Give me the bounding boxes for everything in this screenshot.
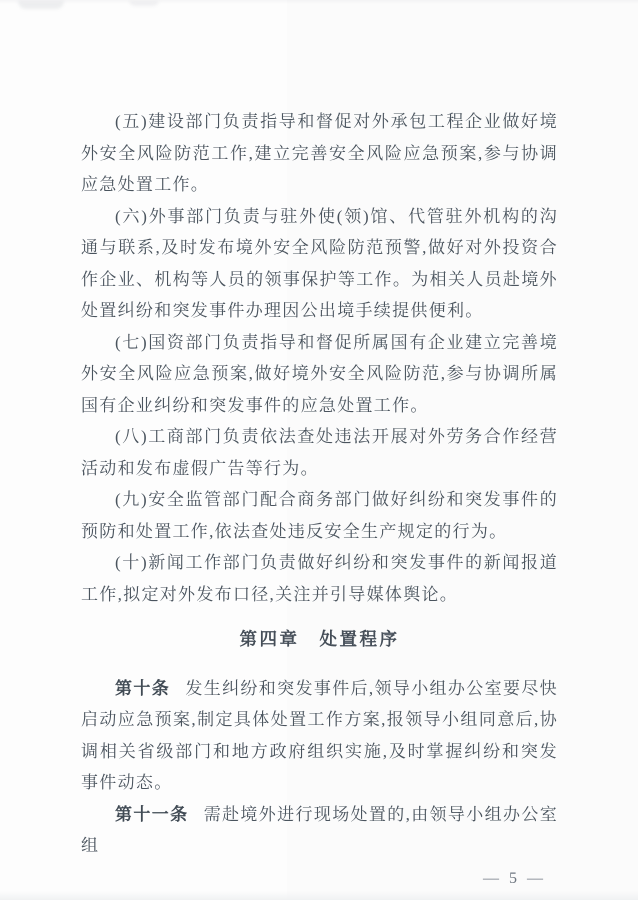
scan-smudge-artifact	[18, 0, 64, 9]
article-number: 第十条	[115, 679, 170, 698]
scanned-document-page: (五)建设部门负责指导和督促对外承包工程企业做好境外安全风险防范工作,建立完善安…	[0, 0, 638, 900]
clause-paragraph-6: (六)外事部门负责与驻外使(领)馆、代管驻外机构的沟通与联系,及时发布境外安全风…	[81, 201, 558, 327]
page-number: — 5 —	[81, 863, 558, 895]
clause-paragraph-5: (五)建设部门负责指导和督促对外承包工程企业做好境外安全风险防范工作,建立完善安…	[81, 106, 558, 201]
article-number: 第十一条	[115, 805, 188, 824]
clause-paragraph-7: (七)国资部门负责指导和督促所属国有企业建立完善境外安全风险应急预案,做好境外安…	[81, 327, 558, 422]
scan-bottom-edge-artifact	[0, 891, 638, 900]
article-paragraph-10: 第十条发生纠纷和突发事件后,领导小组办公室要尽快启动应急预案,制定具体处置工作方…	[81, 673, 558, 799]
clause-paragraph-9: (九)安全监管部门配合商务部门做好纠纷和突发事件的预防和处置工作,依法查处违反安…	[81, 484, 558, 547]
scan-top-edge-artifact	[0, 0, 638, 4]
clause-paragraph-10: (十)新闻工作部门负责做好纠纷和突发事件的新闻报道工作,拟定对外发布口径,关注并…	[81, 547, 558, 610]
article-paragraph-11: 第十一条需赴境外进行现场处置的,由领导小组办公室组	[81, 799, 558, 862]
scan-smudge-artifact	[129, 0, 159, 6]
document-body: (五)建设部门负责指导和督促对外承包工程企业做好境外安全风险防范工作,建立完善安…	[81, 106, 558, 894]
clause-paragraph-8: (八)工商部门负责依法查处违法开展对外劳务合作经营活动和发布虚假广告等行为。	[81, 421, 558, 484]
chapter-heading: 第四章 处置程序	[81, 624, 558, 656]
